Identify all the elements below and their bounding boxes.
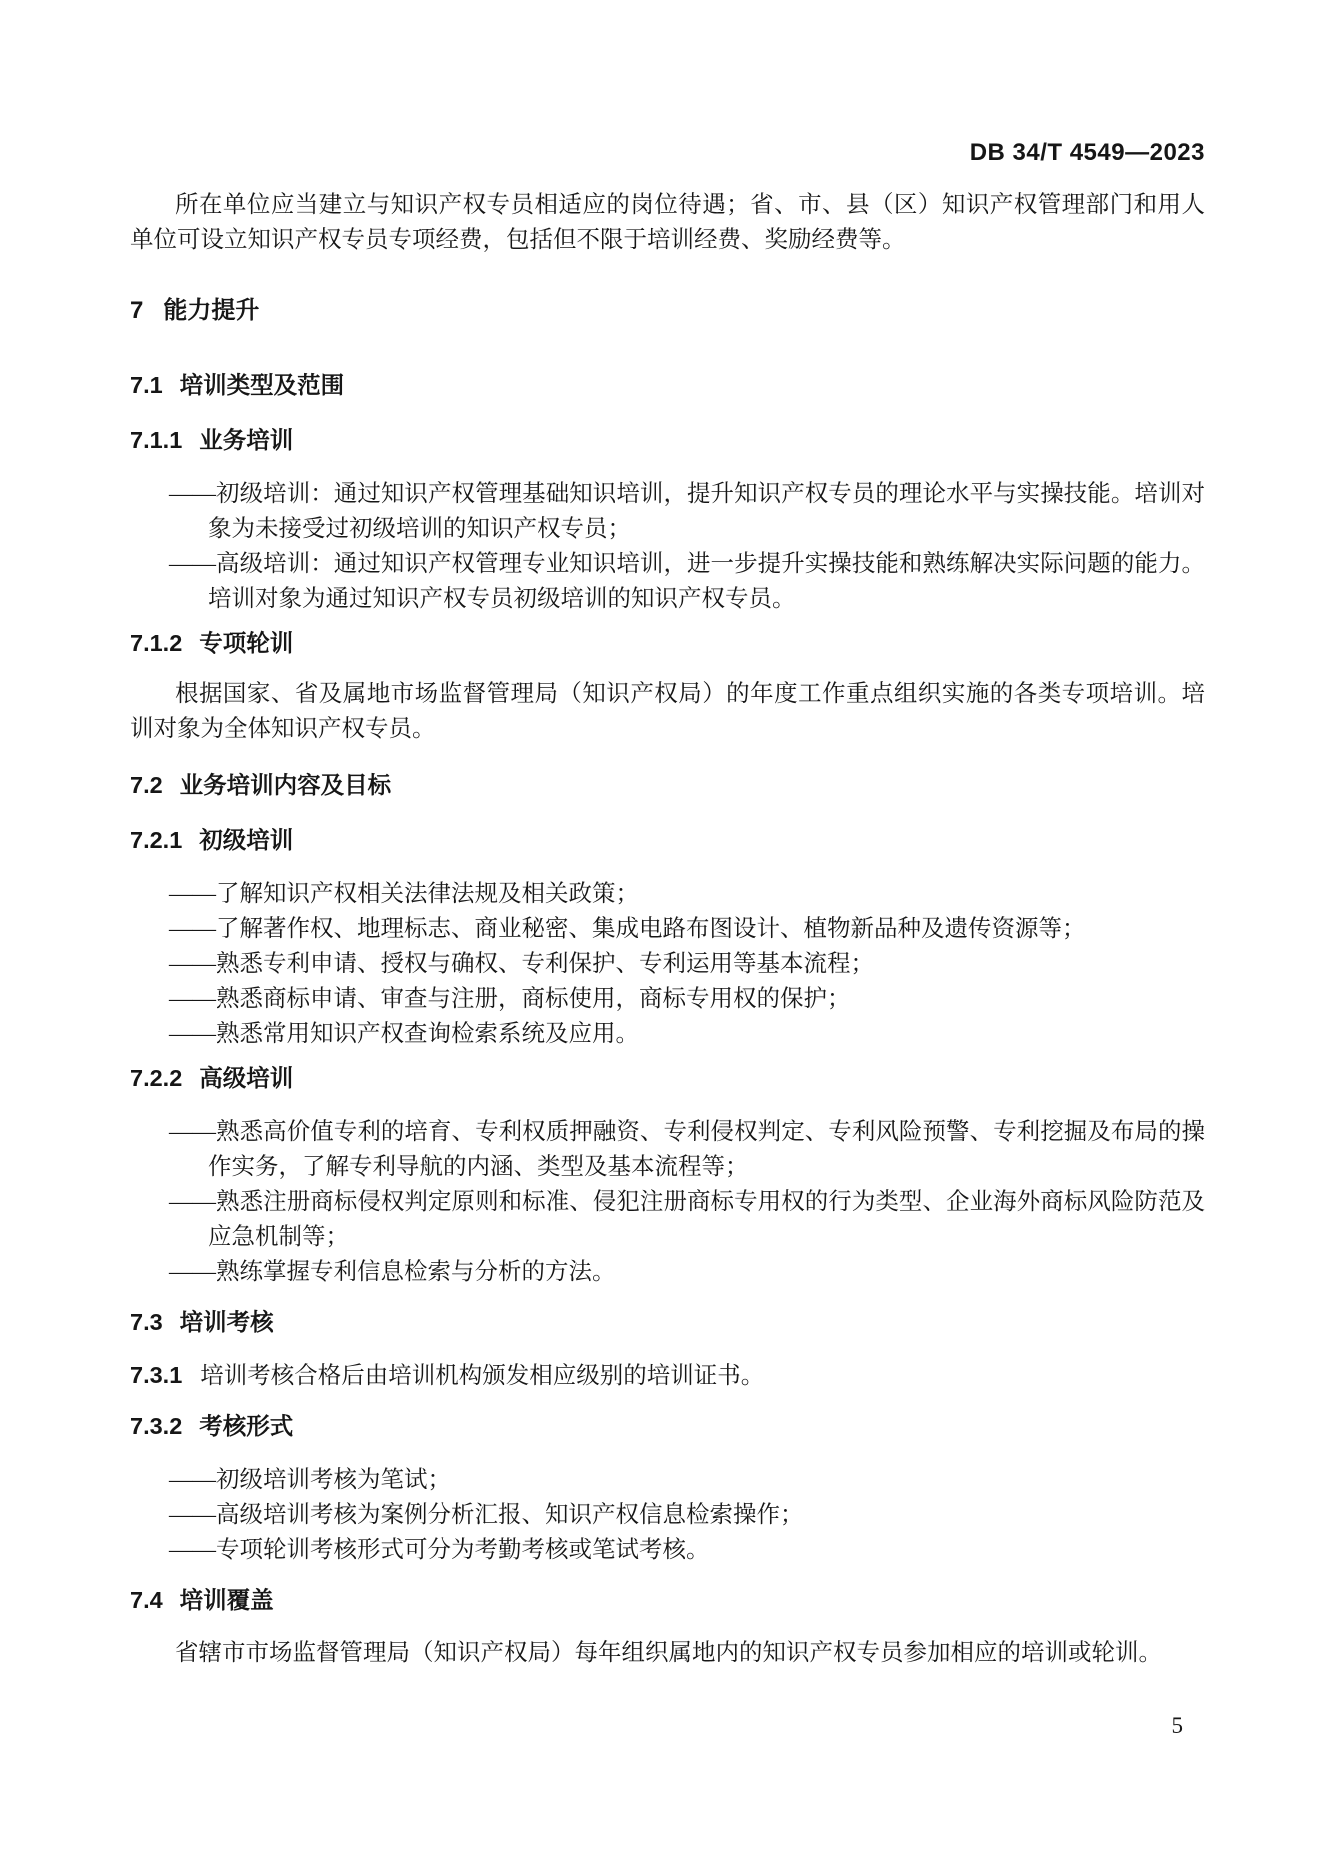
- clause-title: 考核形式: [199, 1413, 293, 1439]
- clause-heading: 7.1.2专项轮训: [130, 627, 1205, 659]
- clause-title: 能力提升: [163, 297, 259, 324]
- clause-title: 高级培训: [199, 1065, 293, 1091]
- clause-number: 7.3.1: [130, 1362, 182, 1388]
- dash-list-item: ——熟悉常用知识产权查询检索系统及应用。: [130, 1017, 1205, 1052]
- clause-heading: 7.1培训类型及范围: [130, 369, 1205, 401]
- clause-number: 7.4: [130, 1587, 163, 1613]
- clause-title: 专项轮训: [199, 630, 293, 656]
- dash-list-item: ——高级培训考核为案例分析汇报、知识产权信息检索操作；: [130, 1498, 1205, 1533]
- clause-heading: 7.2.2高级培训: [130, 1062, 1205, 1094]
- clause-title: 业务培训内容及目标: [180, 772, 392, 798]
- dash-list-item: ——初级培训：通过知识产权管理基础知识培训，提升知识产权专员的理论水平与实操技能…: [130, 477, 1205, 547]
- clause-heading: 7.2.1初级培训: [130, 824, 1205, 856]
- clause-heading: 7.2业务培训内容及目标: [130, 769, 1205, 801]
- paragraph: 所在单位应当建立与知识产权专员相适应的岗位待遇；省、市、县（区）知识产权管理部门…: [130, 188, 1205, 258]
- clause-title: 培训考核: [180, 1309, 274, 1335]
- clause-paragraph: 7.3.1培训考核合格后由培训机构颁发相应级别的培训证书。: [130, 1358, 1205, 1394]
- document-page: DB 34/T 4549—2023 所在单位应当建立与知识产权专员相适应的岗位待…: [0, 0, 1323, 1871]
- document-header: DB 34/T 4549—2023: [130, 138, 1205, 168]
- clause-number: 7: [130, 297, 143, 324]
- dash-list-item: ——熟悉专利申请、授权与确权、专利保护、专利运用等基本流程；: [130, 947, 1205, 982]
- clause-text: 培训考核合格后由培训机构颁发相应级别的培训证书。: [200, 1363, 764, 1389]
- clause-number: 7.3: [130, 1309, 163, 1335]
- page-footer: 5: [1172, 1708, 1184, 1743]
- dash-list-item: ——专项轮训考核形式可分为考勤考核或笔试考核。: [130, 1533, 1205, 1568]
- clause-number: 7.1.2: [130, 630, 182, 656]
- document-body: 所在单位应当建立与知识产权专员相适应的岗位待遇；省、市、县（区）知识产权管理部门…: [130, 188, 1205, 1671]
- clause-title: 培训类型及范围: [180, 372, 345, 398]
- clause-heading: 7能力提升: [130, 295, 1205, 327]
- clause-heading: 7.1.1业务培训: [130, 424, 1205, 456]
- paragraph: 省辖市市场监督管理局（知识产权局）每年组织属地内的知识产权专员参加相应的培训或轮…: [130, 1636, 1205, 1671]
- clause-title: 培训覆盖: [180, 1587, 274, 1613]
- clause-number: 7.2: [130, 772, 163, 798]
- clause-number: 7.1.1: [130, 427, 182, 453]
- standard-code: DB 34/T 4549—2023: [970, 139, 1205, 166]
- dash-list-item: ——高级培训：通过知识产权管理专业知识培训，进一步提升实操技能和熟练解决实际问题…: [130, 547, 1205, 617]
- clause-heading: 7.3.2考核形式: [130, 1410, 1205, 1442]
- dash-list-item: ——了解知识产权相关法律法规及相关政策；: [130, 877, 1205, 912]
- dash-list-item: ——熟悉注册商标侵权判定原则和标准、侵犯注册商标专用权的行为类型、企业海外商标风…: [130, 1185, 1205, 1255]
- paragraph: 根据国家、省及属地市场监督管理局（知识产权局）的年度工作重点组织实施的各类专项培…: [130, 677, 1205, 747]
- clause-number: 7.3.2: [130, 1413, 182, 1439]
- clause-title: 业务培训: [199, 427, 293, 453]
- clause-heading: 7.3培训考核: [130, 1306, 1205, 1338]
- dash-list-item: ——了解著作权、地理标志、商业秘密、集成电路布图设计、植物新品种及遗传资源等；: [130, 912, 1205, 947]
- clause-number: 7.2.1: [130, 827, 182, 853]
- page-number: 5: [1172, 1713, 1184, 1738]
- dash-list-item: ——熟悉商标申请、审查与注册，商标使用，商标专用权的保护；: [130, 982, 1205, 1017]
- clause-title: 初级培训: [199, 827, 293, 853]
- dash-list-item: ——熟练掌握专利信息检索与分析的方法。: [130, 1255, 1205, 1290]
- clause-number: 7.2.2: [130, 1065, 182, 1091]
- dash-list-item: ——初级培训考核为笔试；: [130, 1463, 1205, 1498]
- clause-heading: 7.4培训覆盖: [130, 1584, 1205, 1616]
- dash-list-item: ——熟悉高价值专利的培育、专利权质押融资、专利侵权判定、专利风险预警、专利挖掘及…: [130, 1115, 1205, 1185]
- clause-number: 7.1: [130, 372, 163, 398]
